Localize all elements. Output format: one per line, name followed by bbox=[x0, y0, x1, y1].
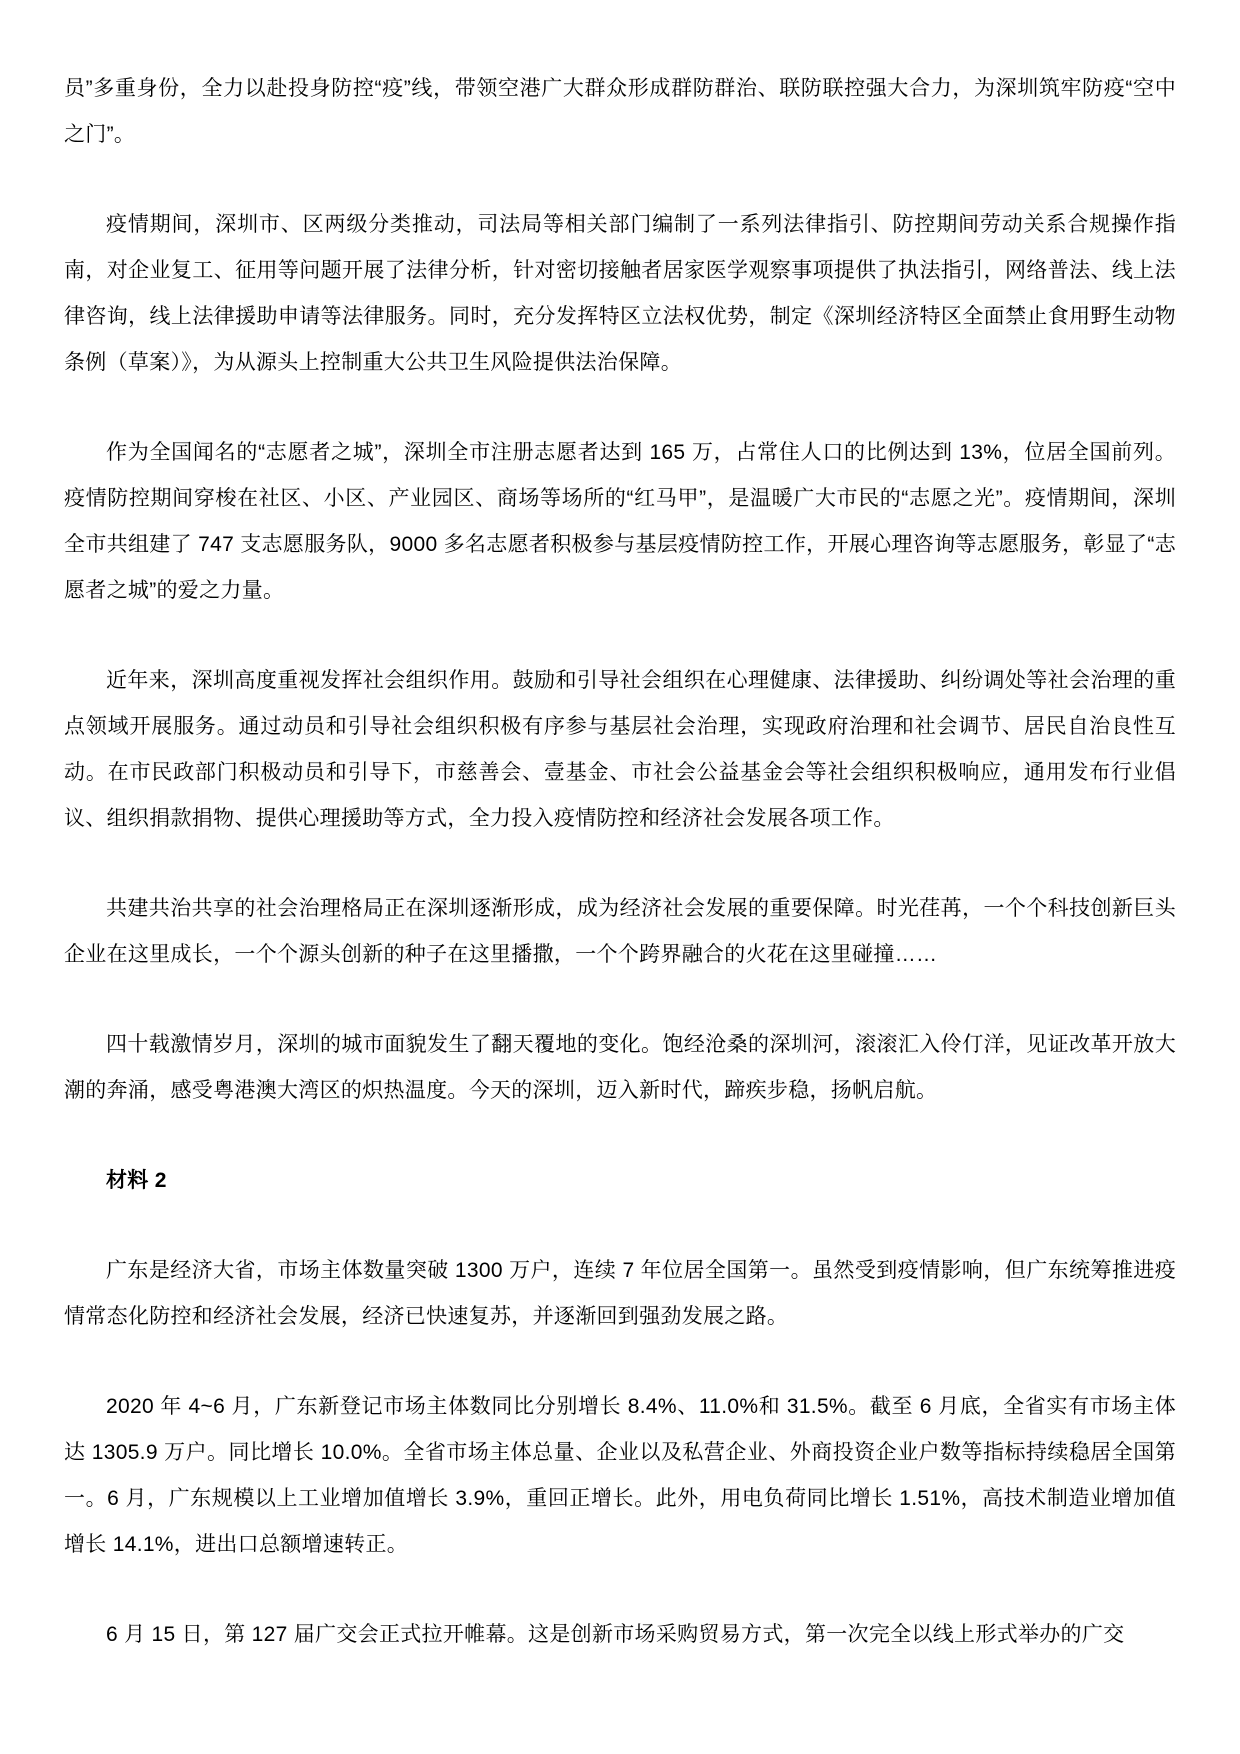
paragraph-continuation: 员”多重身份，全力以赴投身防控“疫”线，带领空港广大群众形成群防群治、联防联控强… bbox=[64, 66, 1176, 158]
paragraph-guangdong-economy: 广东是经济大省，市场主体数量突破 1300 万户，连续 7 年位居全国第一。虽然… bbox=[64, 1248, 1176, 1340]
paragraph-social-organizations: 近年来，深圳高度重视发挥社会组织作用。鼓励和引导社会组织在心理健康、法律援助、纠… bbox=[64, 658, 1176, 842]
paragraph-forty-years: 四十载激情岁月，深圳的城市面貌发生了翻天覆地的变化。饱经沧桑的深圳河，滚滚汇入伶… bbox=[64, 1022, 1176, 1114]
paragraph-market-entities-growth: 2020 年 4~6 月，广东新登记市场主体数同比分别增长 8.4%、11.0%… bbox=[64, 1384, 1176, 1568]
paragraph-canton-fair-cutoff: 6 月 15 日，第 127 届广交会正式拉开帷幕。这是创新市场采购贸易方式，第… bbox=[64, 1612, 1176, 1658]
paragraph-governance-pattern: 共建共治共享的社会治理格局正在深圳逐渐形成，成为经济社会发展的重要保障。时光荏苒… bbox=[64, 886, 1176, 978]
document-page: 员”多重身份，全力以赴投身防控“疫”线，带领空港广大群众形成群防群治、联防联控强… bbox=[0, 0, 1240, 1754]
material-2-heading: 材料 2 bbox=[64, 1158, 1176, 1204]
paragraph-volunteer-city: 作为全国闻名的“志愿者之城”，深圳全市注册志愿者达到 165 万，占常住人口的比… bbox=[64, 430, 1176, 614]
paragraph-legal-services: 疫情期间，深圳市、区两级分类推动，司法局等相关部门编制了一系列法律指引、防控期间… bbox=[64, 202, 1176, 386]
